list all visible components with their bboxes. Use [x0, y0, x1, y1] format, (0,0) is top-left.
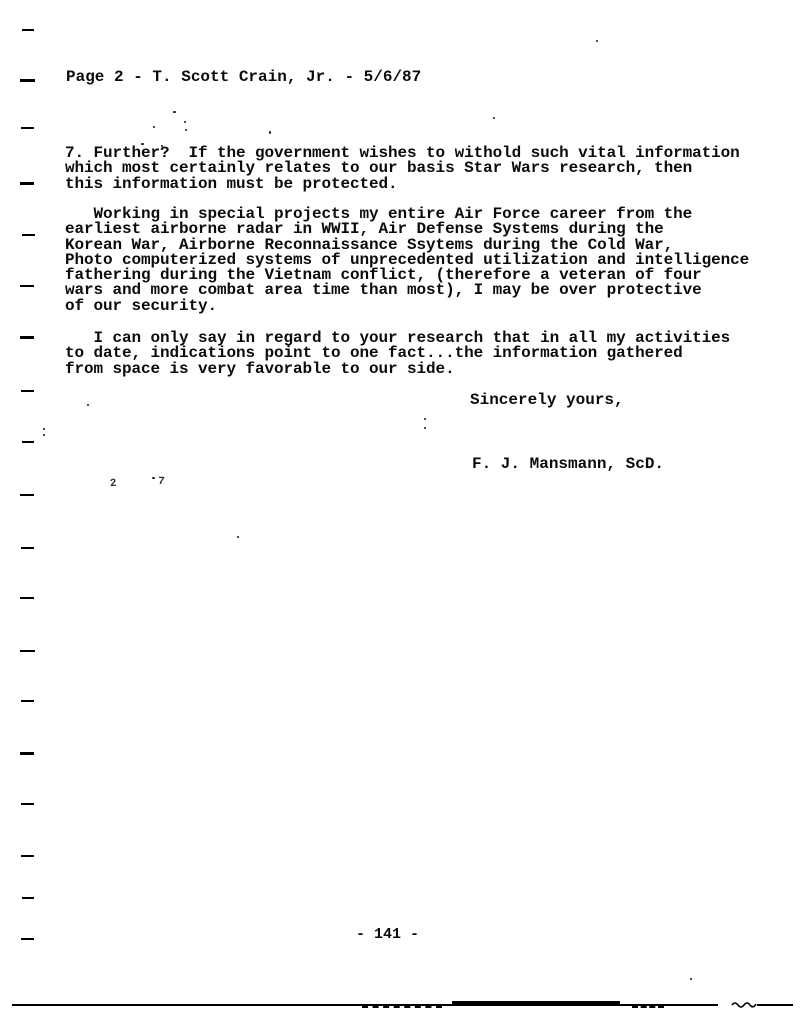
bottom-line-segment — [757, 1004, 793, 1006]
signature-name: F. J. Mansmann, ScD. — [472, 455, 664, 473]
binding-dash — [21, 127, 34, 129]
binding-dash — [21, 938, 34, 940]
scan-speck — [173, 111, 176, 113]
binding-dash — [20, 182, 34, 185]
binding-dash — [21, 547, 34, 549]
text-line: this information must be protected. — [65, 177, 740, 192]
scan-speck — [269, 131, 271, 134]
scan-speck — [424, 427, 426, 429]
scan-speck — [493, 117, 495, 119]
bottom-line-dotted — [632, 1006, 664, 1008]
binding-dash — [20, 752, 34, 755]
binding-dash — [21, 700, 34, 702]
paragraph-1: 7. Further? If the government wishes to … — [65, 146, 740, 192]
scan-speck — [43, 434, 45, 436]
scan-speck — [184, 121, 186, 123]
binding-dash — [21, 390, 34, 392]
bottom-line-thick-segment — [452, 1001, 620, 1006]
pencil-mark: 2 — [109, 478, 117, 491]
scan-speck — [237, 536, 239, 538]
scan-speck — [596, 40, 598, 42]
binding-dash — [20, 79, 35, 82]
binding-dash — [21, 855, 34, 857]
page-header: Page 2 - T. Scott Crain, Jr. - 5/6/87 — [66, 68, 421, 86]
scanned-letter-page: Page 2 - T. Scott Crain, Jr. - 5/6/87 7.… — [0, 0, 800, 1015]
binding-dash — [20, 494, 34, 496]
closing-salutation: Sincerely yours, — [470, 391, 624, 409]
text-line: of our security. — [65, 299, 749, 314]
binding-dash — [22, 441, 34, 443]
text-line: from space is very favorable to our side… — [65, 362, 730, 377]
paragraph-3: I can only say in regard to your researc… — [65, 331, 730, 377]
bottom-line-dotted — [362, 1006, 442, 1008]
pencil-mark: 7 — [158, 476, 165, 488]
scan-speck — [185, 129, 187, 131]
binding-dash — [20, 650, 35, 652]
binding-dash — [21, 803, 34, 805]
page-number: - 141 - — [356, 926, 419, 943]
scan-speck — [43, 428, 45, 430]
scan-speck — [424, 418, 426, 420]
paragraph-2: Working in special projects my entire Ai… — [65, 207, 749, 314]
scan-speck — [583, 463, 585, 465]
binding-dash — [22, 29, 34, 31]
binding-dash — [20, 336, 34, 339]
scan-speck — [87, 404, 89, 406]
scan-speck — [152, 477, 155, 479]
scan-speck — [161, 145, 163, 147]
binding-dash — [22, 897, 34, 899]
binding-dash — [20, 285, 34, 287]
scan-speck — [153, 126, 155, 128]
bottom-line-squiggle — [731, 999, 757, 1008]
binding-dash — [22, 234, 35, 236]
binding-dash — [20, 597, 34, 599]
scan-speck — [690, 978, 692, 980]
scan-speck — [141, 143, 144, 145]
